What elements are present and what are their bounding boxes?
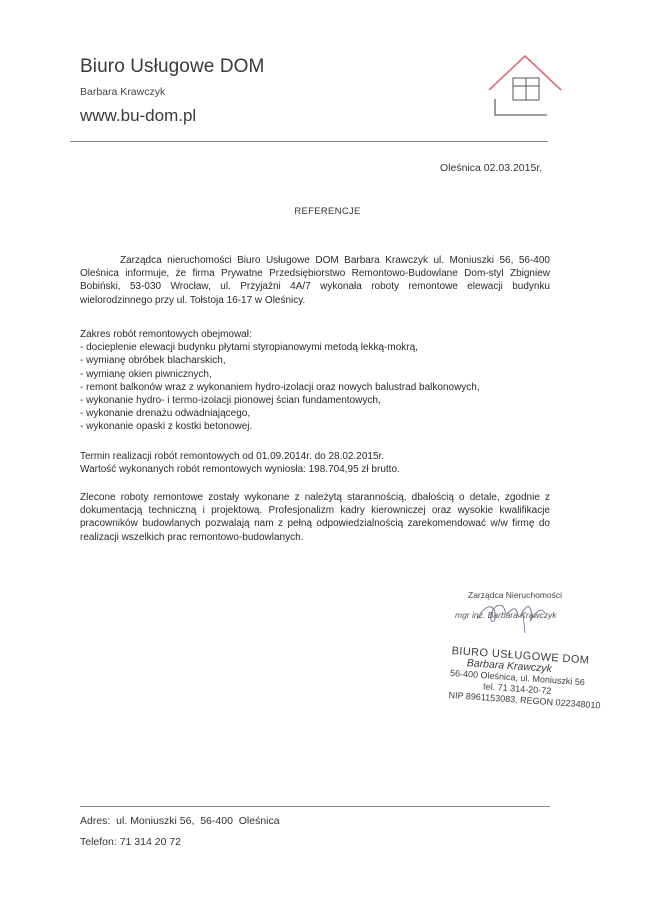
list-item: - wykonanie opaski z kostki betonowej. [80,420,560,433]
footer-address: Adres: ul. Moniuszki 56, 56-400 Oleśnica [80,815,280,827]
closing-paragraph: Zlecone roboty remontowe zostały wykonan… [80,491,550,544]
list-item: - wykonanie drenażu odwadniającego, [80,407,560,420]
handwritten-signature [475,595,555,635]
company-name: Biuro Usługowe DOM [80,56,264,78]
scope-heading: Zakres robót remontowych obejmował: [80,328,560,341]
letter-title: REFERENCJE [0,206,655,217]
term-line: Termin realizacji robót remontowych od 0… [80,450,560,463]
list-item: - docieplenie elewacji budynku płytami s… [80,341,560,354]
value-line: Wartość wykonanych robót remontowych wyn… [80,463,560,476]
company-stamp: BIURO USŁUGOWE DOM Barbara Krawczyk 56-4… [448,646,611,712]
list-item: - wymianę okien piwnicznych, [80,368,560,381]
header-divider [70,141,548,142]
intro-text: Zarządca nieruchomości Biuro Usługowe DO… [80,255,550,306]
house-icon [485,52,569,122]
scope-list: Zakres robót remontowych obejmował: - do… [80,328,560,434]
footer-divider [80,806,550,807]
intro-paragraph: Zarządca nieruchomości Biuro Usługowe DO… [80,254,550,307]
owner-name: Barbara Krawczyk [80,86,165,98]
footer-phone: Telefon: 71 314 20 72 [80,836,181,848]
list-item: - wymianę obróbek blacharskich, [80,354,560,367]
terms-block: Termin realizacji robót remontowych od 0… [80,450,560,476]
letter-date: Oleśnica 02.03.2015r. [440,162,542,174]
list-item: - wykonanie hydro- i termo-izolacji pion… [80,394,560,407]
list-item: - remont balkonów wraz z wykonaniem hydr… [80,381,560,394]
website: www.bu-dom.pl [80,106,196,126]
